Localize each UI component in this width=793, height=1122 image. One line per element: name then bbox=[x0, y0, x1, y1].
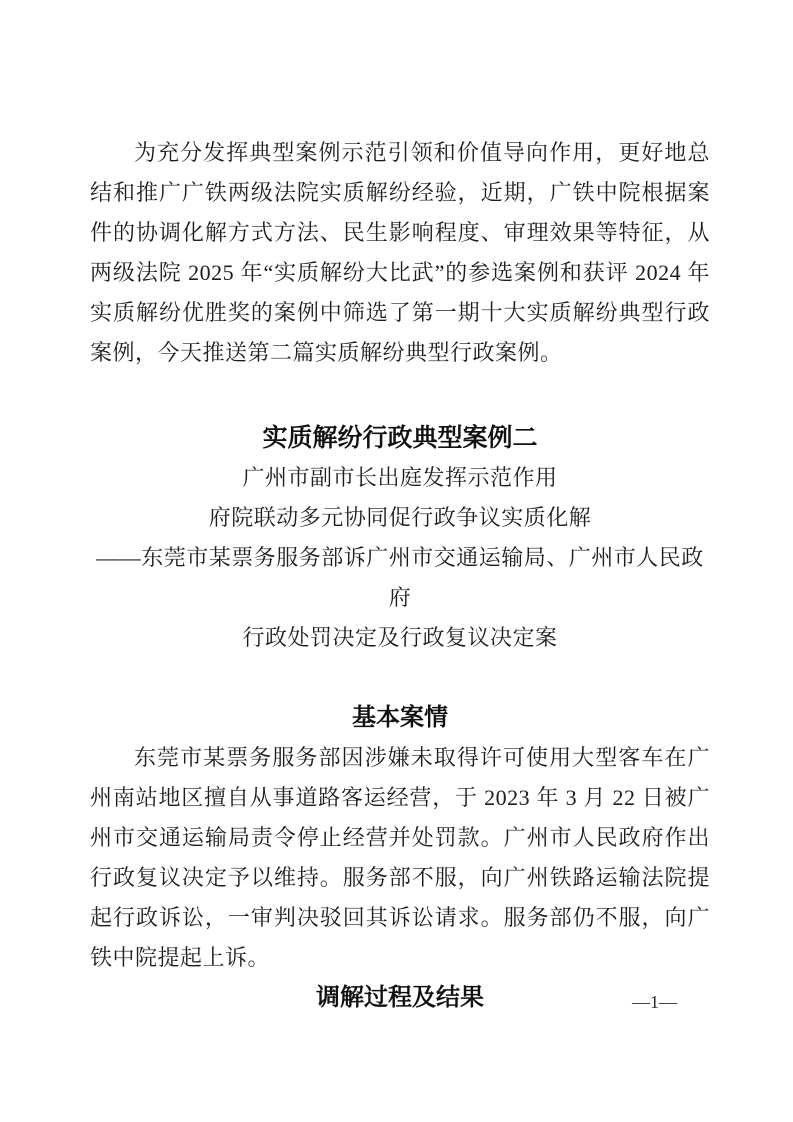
case-subtitle-line-1: 广州市副市长出庭发挥示范作用 bbox=[90, 458, 710, 498]
case-name-line-2: 行政处罚决定及行政复议决定案 bbox=[90, 618, 710, 658]
document-page: 为充分发挥典型案例示范引领和价值导向作用，更好地总结和推广广铁两级法院实质解纷经… bbox=[0, 0, 793, 1122]
page-number: —1— bbox=[632, 990, 677, 1014]
section-heading-basic-facts: 基本案情 bbox=[90, 698, 710, 738]
document-content: 为充分发挥典型案例示范引领和价值导向作用，更好地总结和推广广铁两级法院实质解纷经… bbox=[90, 133, 710, 1018]
section-heading-mediation-process: 调解过程及结果 bbox=[90, 978, 710, 1018]
case-name-line-1: ——东莞市某票务服务部诉广州市交通运输局、广州市人民政府 bbox=[90, 538, 710, 618]
intro-paragraph: 为充分发挥典型案例示范引领和价值导向作用，更好地总结和推广广铁两级法院实质解纷经… bbox=[90, 133, 710, 373]
basic-facts-paragraph: 东莞市某票务服务部因涉嫌未取得许可使用大型客车在广州南站地区擅自从事道路客运经营… bbox=[90, 738, 710, 978]
case-title: 实质解纷行政典型案例二 bbox=[90, 418, 710, 458]
case-subtitle-line-2: 府院联动多元协同促行政争议实质化解 bbox=[90, 498, 710, 538]
